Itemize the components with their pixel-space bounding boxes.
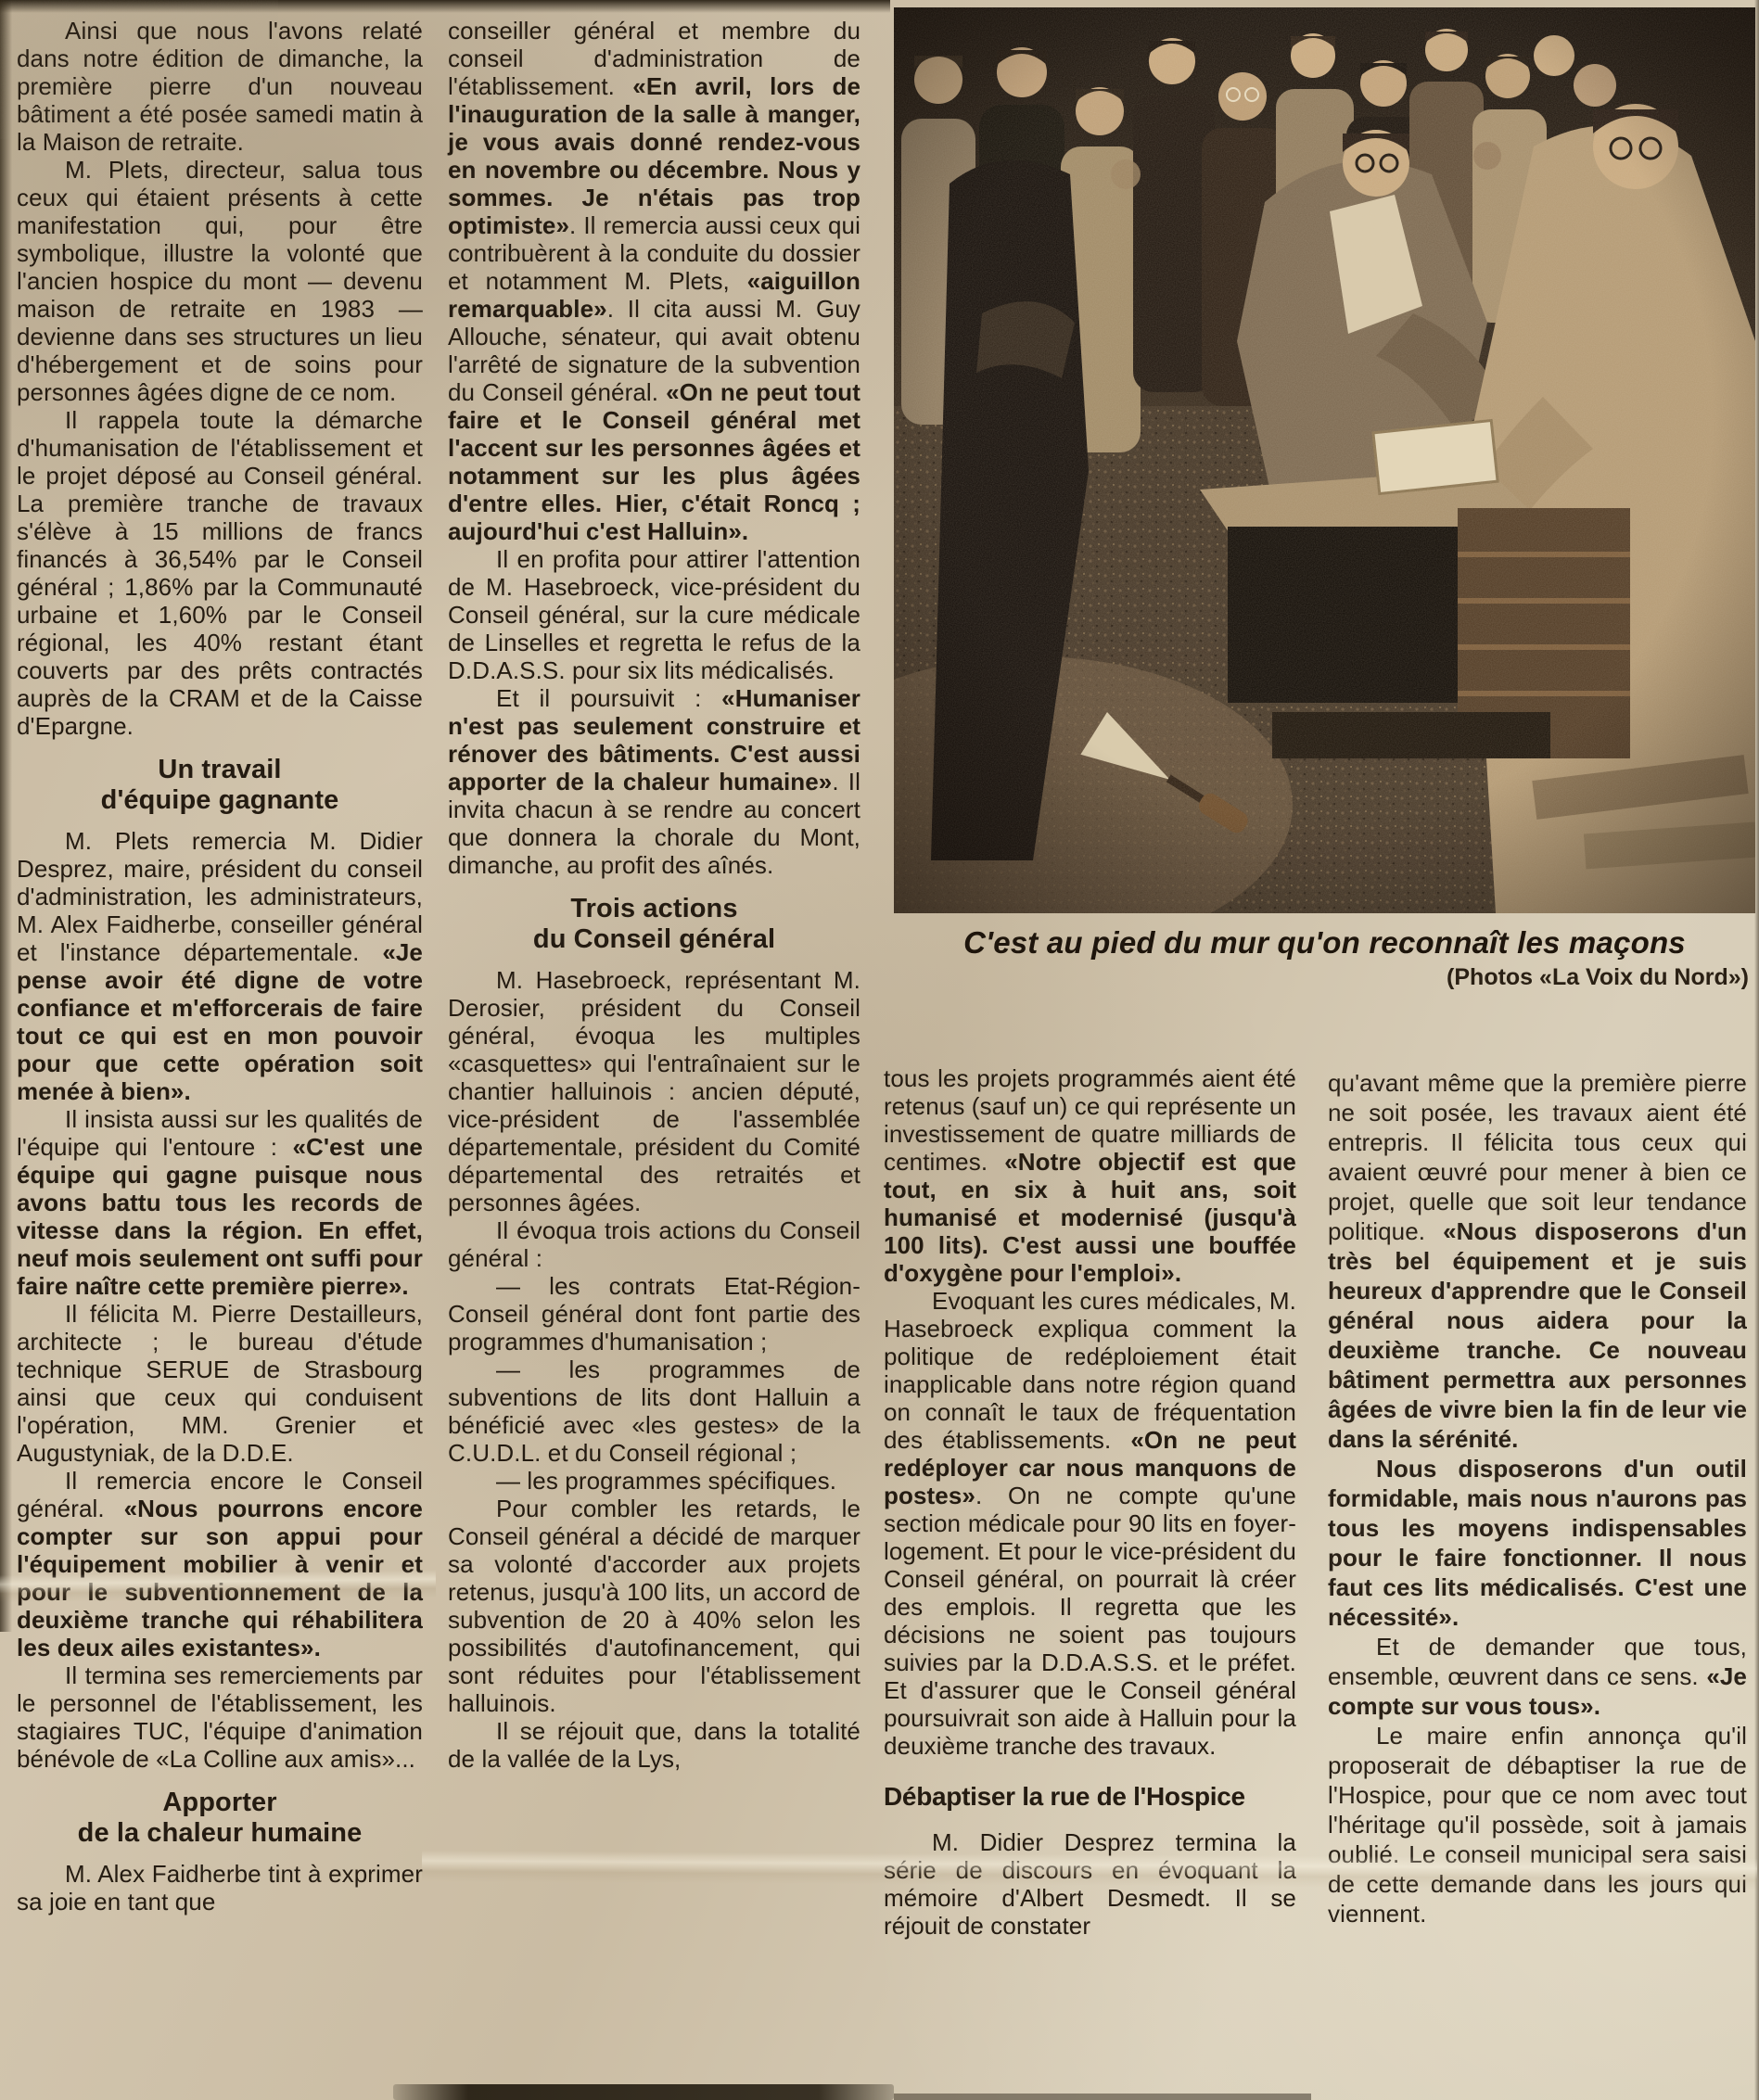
body-text: M. Didier Desprez termina la série de di… <box>884 1828 1296 1940</box>
scan-edge-top <box>0 0 890 13</box>
scan-edge-bottom-right <box>894 2094 1311 2100</box>
list-item: — les programmes spécifiques. <box>448 1467 860 1495</box>
body-text: . On ne compte qu'une section médicale p… <box>884 1482 1296 1760</box>
paragraph: tous les projets programmés aient été re… <box>884 1064 1296 1287</box>
body-text: M. Plets, directeur, salua tous ceux qui… <box>17 156 423 406</box>
paragraph: Il évoqua trois actions du Conseil génér… <box>448 1216 860 1272</box>
body-text: — les programmes spécifiques. <box>496 1467 836 1495</box>
ceremony-photo-art <box>894 7 1755 913</box>
article-column-3: tous les projets programmés aient été re… <box>884 1064 1296 1940</box>
paragraph: Evoquant les cures médicales, M. Hasebro… <box>884 1287 1296 1760</box>
photo-credit: (Photos «La Voix du Nord») <box>890 964 1749 991</box>
newspaper-page: Ainsi que nous l'avons relaté dans notre… <box>0 0 1759 2100</box>
body-text: Il en profita pour attirer l'attention d… <box>448 545 860 684</box>
paragraph: Il félicita M. Pierre Destailleurs, arch… <box>17 1300 423 1467</box>
list-item: — les programmes de subventions de lits … <box>448 1355 860 1467</box>
body-text: Il termina ses remerciements par le pers… <box>17 1661 423 1773</box>
paragraph: M. Plets remercia M. Didier Desprez, mai… <box>17 827 423 1105</box>
body-text: Il évoqua trois actions du Conseil génér… <box>448 1216 860 1272</box>
quote-text: Nous disposerons d'un outil formidable, … <box>1328 1455 1747 1631</box>
body-text: — les contrats Etat-Région-Conseil génér… <box>448 1272 860 1355</box>
paragraph: Ainsi que nous l'avons relaté dans notre… <box>17 17 423 156</box>
photo-caption: C'est au pied du mur qu'on reconnaît les… <box>894 925 1755 961</box>
paragraph: Et il poursuivit : «Humaniser n'est pas … <box>448 684 860 879</box>
body-text: Il se réjouit que, dans la totalité de l… <box>448 1717 860 1773</box>
body-text: Et il poursuivit : <box>496 684 721 712</box>
paragraph: Il insista aussi sur les qualités de l'é… <box>17 1105 423 1300</box>
body-text: M. Alex Faidherbe tint à exprimer sa joi… <box>17 1860 423 1915</box>
body-text: Il félicita M. Pierre Destailleurs, arch… <box>17 1300 423 1467</box>
body-text: Et de demander que tous, ensemble, œuvre… <box>1328 1633 1747 1690</box>
list-item: — les contrats Etat-Région-Conseil génér… <box>448 1272 860 1355</box>
paragraph: conseiller général et membre du conseil … <box>448 17 860 545</box>
body-text: Le maire enfin annonça qu'il proposerait… <box>1328 1722 1747 1928</box>
section-heading: Trois actions du Conseil général <box>448 894 860 955</box>
paragraph: M. Didier Desprez termina la série de di… <box>884 1828 1296 1940</box>
paragraph: M. Alex Faidherbe tint à exprimer sa joi… <box>17 1860 423 1915</box>
article-column-1: Ainsi que nous l'avons relaté dans notre… <box>17 17 423 1915</box>
paragraph: Il en profita pour attirer l'attention d… <box>448 545 860 684</box>
paragraph: qu'avant même que la première pierre ne … <box>1328 1068 1747 1454</box>
paragraph: Nous disposerons d'un outil formidable, … <box>1328 1454 1747 1632</box>
body-text: Pour combler les retards, le Conseil gén… <box>448 1495 860 1717</box>
paragraph: Il remercia encore le Conseil général. «… <box>17 1467 423 1661</box>
section-heading: Un travail d'équipe gagnante <box>17 755 423 816</box>
paragraph: Et de demander que tous, ensemble, œuvre… <box>1328 1632 1747 1721</box>
paragraph: Pour combler les retards, le Conseil gén… <box>448 1495 860 1717</box>
paragraph: M. Hasebroeck, représentant M. Derosier,… <box>448 966 860 1216</box>
body-text: Ainsi que nous l'avons relaté dans notre… <box>17 17 423 156</box>
body-text: — les programmes de subventions de lits … <box>448 1355 860 1467</box>
scan-edge-bottom <box>393 2084 894 2100</box>
body-text: M. Hasebroeck, représentant M. Derosier,… <box>448 966 860 1216</box>
article-column-2: conseiller général et membre du conseil … <box>448 17 860 1773</box>
paragraph: Il rappela toute la démarche d'humanisat… <box>17 406 423 740</box>
paragraph: M. Plets, directeur, salua tous ceux qui… <box>17 156 423 406</box>
body-text: Il rappela toute la démarche d'humanisat… <box>17 406 423 740</box>
body-text: M. Plets remercia M. Didier Desprez, mai… <box>17 827 423 966</box>
paragraph: Il termina ses remerciements par le pers… <box>17 1661 423 1773</box>
paragraph: Il se réjouit que, dans la totalité de l… <box>448 1717 860 1773</box>
article-column-4: qu'avant même que la première pierre ne … <box>1328 1068 1747 1928</box>
paragraph: Le maire enfin annonça qu'il proposerait… <box>1328 1721 1747 1928</box>
photo-vignette <box>894 7 1755 913</box>
quote-text: «Nous disposerons d'un très bel équipeme… <box>1328 1217 1747 1453</box>
scan-edge-left <box>0 0 12 1632</box>
section-heading: Débaptiser la rue de l'Hospice <box>884 1782 1296 1812</box>
ceremony-photo <box>894 7 1755 913</box>
section-heading: Apporter de la chaleur humaine <box>17 1788 423 1849</box>
